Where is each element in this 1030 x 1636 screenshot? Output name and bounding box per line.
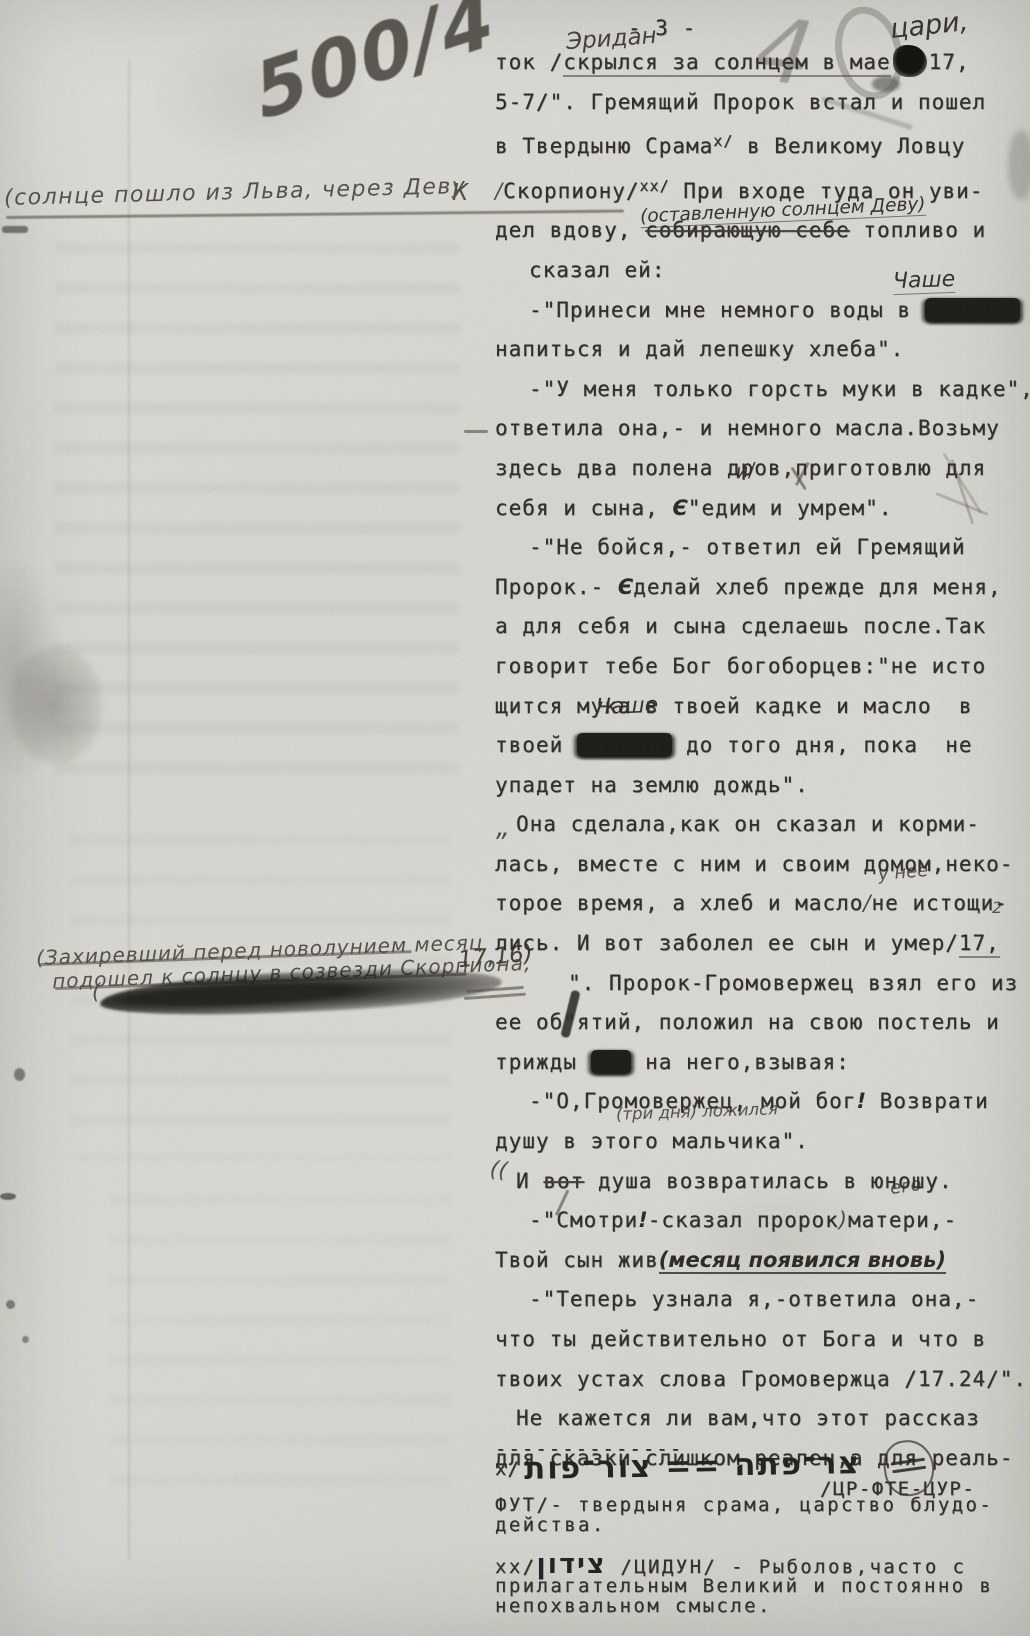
typed-line: -"Принеси мне немного воды в кувшине: [495, 291, 1030, 331]
footnote-line: хх/צידון /ЦИДУН/ - Рыболов,часто с: [495, 1555, 1030, 1578]
typed-segment: душа возвратилась в юношу.: [584, 1169, 952, 1193]
typed-line: дел вдову, собирающую себе топливо и: [495, 211, 1030, 251]
typed-segment: щится мука в твоей кадке и масло в: [495, 694, 973, 718]
typed-segment-pstrike: вот: [543, 1169, 584, 1193]
typed-segment-blackout: кувшине: [925, 298, 1021, 322]
typed-segment-script-dark: !: [638, 1208, 648, 1232]
typed-line: 5-7/". Гремящий Пророк встал и пошел: [495, 83, 1030, 123]
typed-segment-pstrike: собирающую себе: [645, 218, 850, 242]
typed-segment: [495, 1533, 509, 1555]
typed-segment: При входе туда он уви-: [670, 179, 984, 203]
typed-line: ток /скрылся за солнцем в мае17,: [495, 43, 1030, 83]
typed-segment: в Великому Ловцу: [733, 134, 965, 158]
typed-line: говорит тебе Бог богоборцев:"не исто: [495, 647, 1030, 687]
crossed-note-paren: (: [92, 980, 100, 1004]
corner-note: цари,: [889, 6, 970, 45]
typed-segment: действа.: [495, 1514, 606, 1536]
circled-mark-line: [891, 1458, 925, 1466]
margin-note-top-k: К: [452, 180, 468, 206]
typed-line: /Скорпиону/хх/ При входе туда он уви-: [495, 167, 1030, 212]
typed-segment-upencil: скрылся за солнцем в мае: [563, 50, 890, 77]
typed-segment: 5-7/". Гремящий Пророк встал и пошел: [495, 90, 986, 114]
typed-segment: в Твердыню Срама: [495, 134, 713, 158]
typed-segment: непохвальном смысле.: [495, 1595, 772, 1617]
typed-segment: лась, вместе с ним и своим домом,неко-: [495, 852, 1013, 876]
typed-segment: топливо и: [850, 218, 986, 242]
footnote-1-hebrew: צר־פתה == צור־פות: [524, 1445, 861, 1487]
typed-line: упадет на землю дождь".: [495, 766, 1030, 806]
fold-line: [128, 60, 130, 1560]
typed-segment: -"Принеси мне немного воды в: [529, 298, 925, 322]
typed-line: торое время, а хлеб и масло/не истощи-: [495, 884, 1030, 924]
archive-mark: 500/4: [247, 0, 503, 137]
typed-segment-script: ): [839, 1208, 848, 1232]
typed-segment: делай хлеб прежде для меня,: [633, 575, 1001, 599]
typed-segment: ". Пророк-Громовержец взял его из: [568, 971, 1018, 995]
typed-line: себя и сына, Є"едим и умрем".: [495, 489, 1030, 529]
typed-segment: Возврати: [866, 1089, 989, 1113]
typed-line: ответила она,- и немного масла.Возьму: [495, 409, 1030, 449]
typed-line: Не кажется ли вам,что этот рассказ: [495, 1399, 1030, 1439]
typed-line: а для себя и сына сделаешь после.Так: [495, 607, 1030, 647]
typed-line: Пророк.- Єделай хлеб прежде для меня,: [495, 568, 1030, 608]
typed-segment: душу в этого мальчика".: [495, 1129, 809, 1153]
typed-segment: себя и сына,: [495, 496, 672, 520]
typed-segment: матери,-: [848, 1208, 957, 1232]
typed-line: Твой сын жив(месяц появился вновь): [495, 1241, 1030, 1281]
typed-segment: -"Не бойся,- ответил ей Гремящий: [529, 535, 966, 559]
typed-segment-script-dark: !: [856, 1089, 866, 1113]
typed-segment-blackout: кувшине: [577, 733, 673, 757]
typed-segment: что ты действительно от Бога и что в: [495, 1327, 986, 1351]
typed-line: ". Пророк-Громовержец взял его из: [495, 964, 1030, 1004]
typed-segment: на него,взывая:: [631, 1050, 849, 1074]
typed-segment: дел вдову,: [495, 218, 645, 242]
stain: [0, 1193, 16, 1200]
typed-line: здесь два полена дров,приготовлю для: [495, 449, 1030, 489]
typed-segment-upencil: 17,: [959, 931, 1000, 958]
typed-line: -"Теперь узнала я,-ответила она,-: [495, 1280, 1030, 1320]
typed-line: душу в этого мальчика".: [495, 1122, 1030, 1162]
typed-segment: И: [516, 1169, 543, 1193]
footnote-1-marker: х/: [495, 1458, 520, 1480]
typed-segment: "едим и умрем".: [688, 496, 893, 520]
typed-segment: ток /: [495, 50, 563, 74]
typed-segment: не истощи-: [871, 891, 1007, 915]
footnote-line: непохвальном смысле.: [495, 1597, 1030, 1617]
typed-segment-script-dark: Є: [618, 575, 633, 599]
circled-mark-line: [892, 1466, 926, 1474]
typed-segment: ее об"ятий, положил на свою постель и: [495, 1010, 1000, 1034]
typed-segment: здесь два полена дров,приготовлю для: [495, 456, 986, 480]
typed-line: трижды лег на него,взывая:: [495, 1043, 1030, 1083]
typed-line: И вот душа возвратилась в юношу.: [495, 1162, 1030, 1202]
margin-note-top: (солнце пошло из Льва, через Деву: [4, 174, 467, 211]
typed-line: ее об"ятий, положил на свою постель и: [495, 1003, 1030, 1043]
typed-segment: напиться и дай лепешку хлеба".: [495, 337, 904, 361]
typed-line: твоей кувшине до того дня, пока не: [495, 726, 1030, 766]
typed-segment-sup: х/: [713, 132, 733, 150]
typed-line: сказал ей:: [495, 251, 1030, 291]
typed-segment: -"Смотри: [529, 1208, 638, 1232]
typed-segment: упадет на землю дождь".: [495, 773, 809, 797]
typed-segment: Не кажется ли вам,что этот рассказ: [516, 1406, 980, 1430]
typed-segment: Она сделала,как он сказал и корми-: [516, 812, 980, 836]
stain: [14, 1068, 25, 1081]
typed-segment: торое время, а хлеб и масло: [495, 891, 863, 915]
typed-segment: 17,: [929, 50, 970, 74]
typed-segment-blackout: лег: [591, 1050, 632, 1074]
typed-segment: Пророк.-: [495, 575, 618, 599]
typed-line: в Твердыню Срамах/ в Великому Ловцу: [495, 122, 1030, 167]
typed-line: твоих устах слова Громовержца /17.24/".: [495, 1360, 1030, 1400]
typed-segment-script-dark: Є: [672, 496, 687, 520]
footnote-line: действа.: [495, 1516, 1030, 1536]
typed-line: напиться и дай лепешку хлеба".: [495, 330, 1030, 370]
typed-segment: трижды: [495, 1050, 591, 1074]
typed-text-column: ток /скрылся за солнцем в мае17,5-7/". Г…: [495, 43, 1030, 1478]
typed-line: лись. И вот заболел ее сын и умер/17,: [495, 924, 1030, 964]
scanned-page: - 3 - 500/4 4 цари, (солнце пошло из Льв…: [0, 0, 1030, 1636]
typed-segment: твоих устах слова Громовержца /17.24/".: [495, 1367, 1027, 1391]
typed-segment: Твой сын жив: [495, 1248, 659, 1272]
bleedthrough-texture: [55, 228, 460, 793]
bleedthrough-texture: [110, 1180, 450, 1510]
typed-segment: Скорпиону/: [503, 179, 639, 203]
stain: [6, 1300, 15, 1309]
typed-segment-sup: хх/: [640, 177, 670, 195]
stain: [2, 226, 28, 233]
typed-segment: -"Теперь узнала я,-ответила она,-: [529, 1287, 979, 1311]
typed-segment: до того дня, пока не: [672, 733, 972, 757]
typed-segment: лись. И вот заболел ее сын и умер/: [495, 931, 959, 955]
ink-blot: [893, 45, 927, 77]
typed-line: -"Не бойся,- ответил ей Гремящий: [495, 528, 1030, 568]
footnote-text-column: ФУТ/- твердыня срама, царство блудо-дейс…: [495, 1496, 1030, 1616]
typed-segment: -сказал пророк: [648, 1208, 839, 1232]
margin-dash-mark: [464, 430, 488, 433]
typed-segment: -"У меня только горсть муки в кадке",: [529, 377, 1030, 401]
typed-segment-script-dark: (месяц появился вновь): [659, 1248, 946, 1274]
typed-line: -"О,Громовержец, мой бог! Возврати: [495, 1082, 1030, 1122]
typed-segment: твоей: [495, 733, 577, 757]
typed-line: что ты действительно от Бога и что в: [495, 1320, 1030, 1360]
typed-segment: говорит тебе Бог богоборцев:"не исто: [495, 654, 986, 678]
typed-segment: ответила она,- и немного масла.Возьму: [495, 416, 1000, 440]
typed-line: лась, вместе с ним и своим домом,неко-: [495, 845, 1030, 885]
typed-line: щится мука в твоей кадке и масло в: [495, 687, 1030, 727]
typed-segment-script: /: [495, 179, 503, 203]
typed-segment: сказал ей:: [529, 258, 665, 282]
typed-line: -"У меня только горсть муки в кадке",: [495, 370, 1030, 410]
typed-segment: а для себя и сына сделаешь после.Так: [495, 614, 986, 638]
typed-line: -"Смотри!-сказал пророк)матери,-: [495, 1201, 1030, 1241]
typed-segment: -"О,Громовержец, мой бог: [529, 1089, 856, 1113]
stain: [22, 1336, 29, 1343]
typed-line: Она сделала,как он сказал и корми-: [495, 805, 1030, 845]
